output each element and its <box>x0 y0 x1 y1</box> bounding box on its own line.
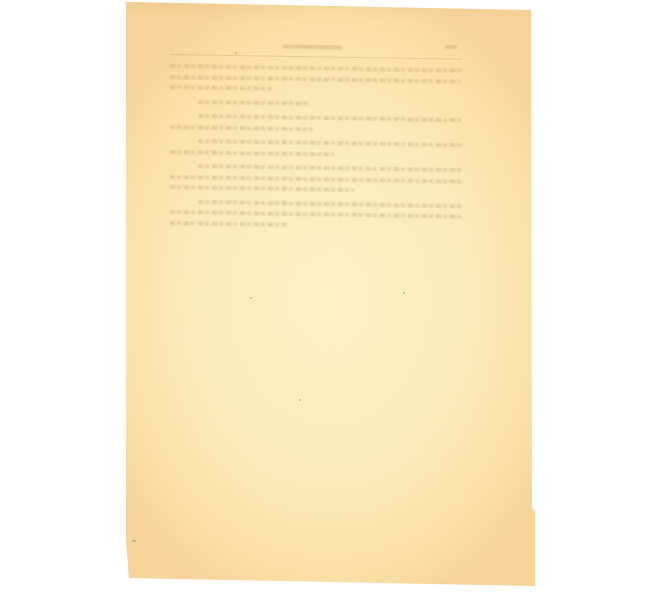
paper-speck <box>132 540 136 542</box>
paper-sheet <box>0 0 650 600</box>
paper-speck <box>250 297 252 299</box>
paper-speck <box>299 399 301 401</box>
paper-speck <box>235 52 237 54</box>
scanned-page-viewport: Blank aged paper sheet with faint, illeg… <box>0 0 650 600</box>
paper-speck <box>403 292 405 294</box>
